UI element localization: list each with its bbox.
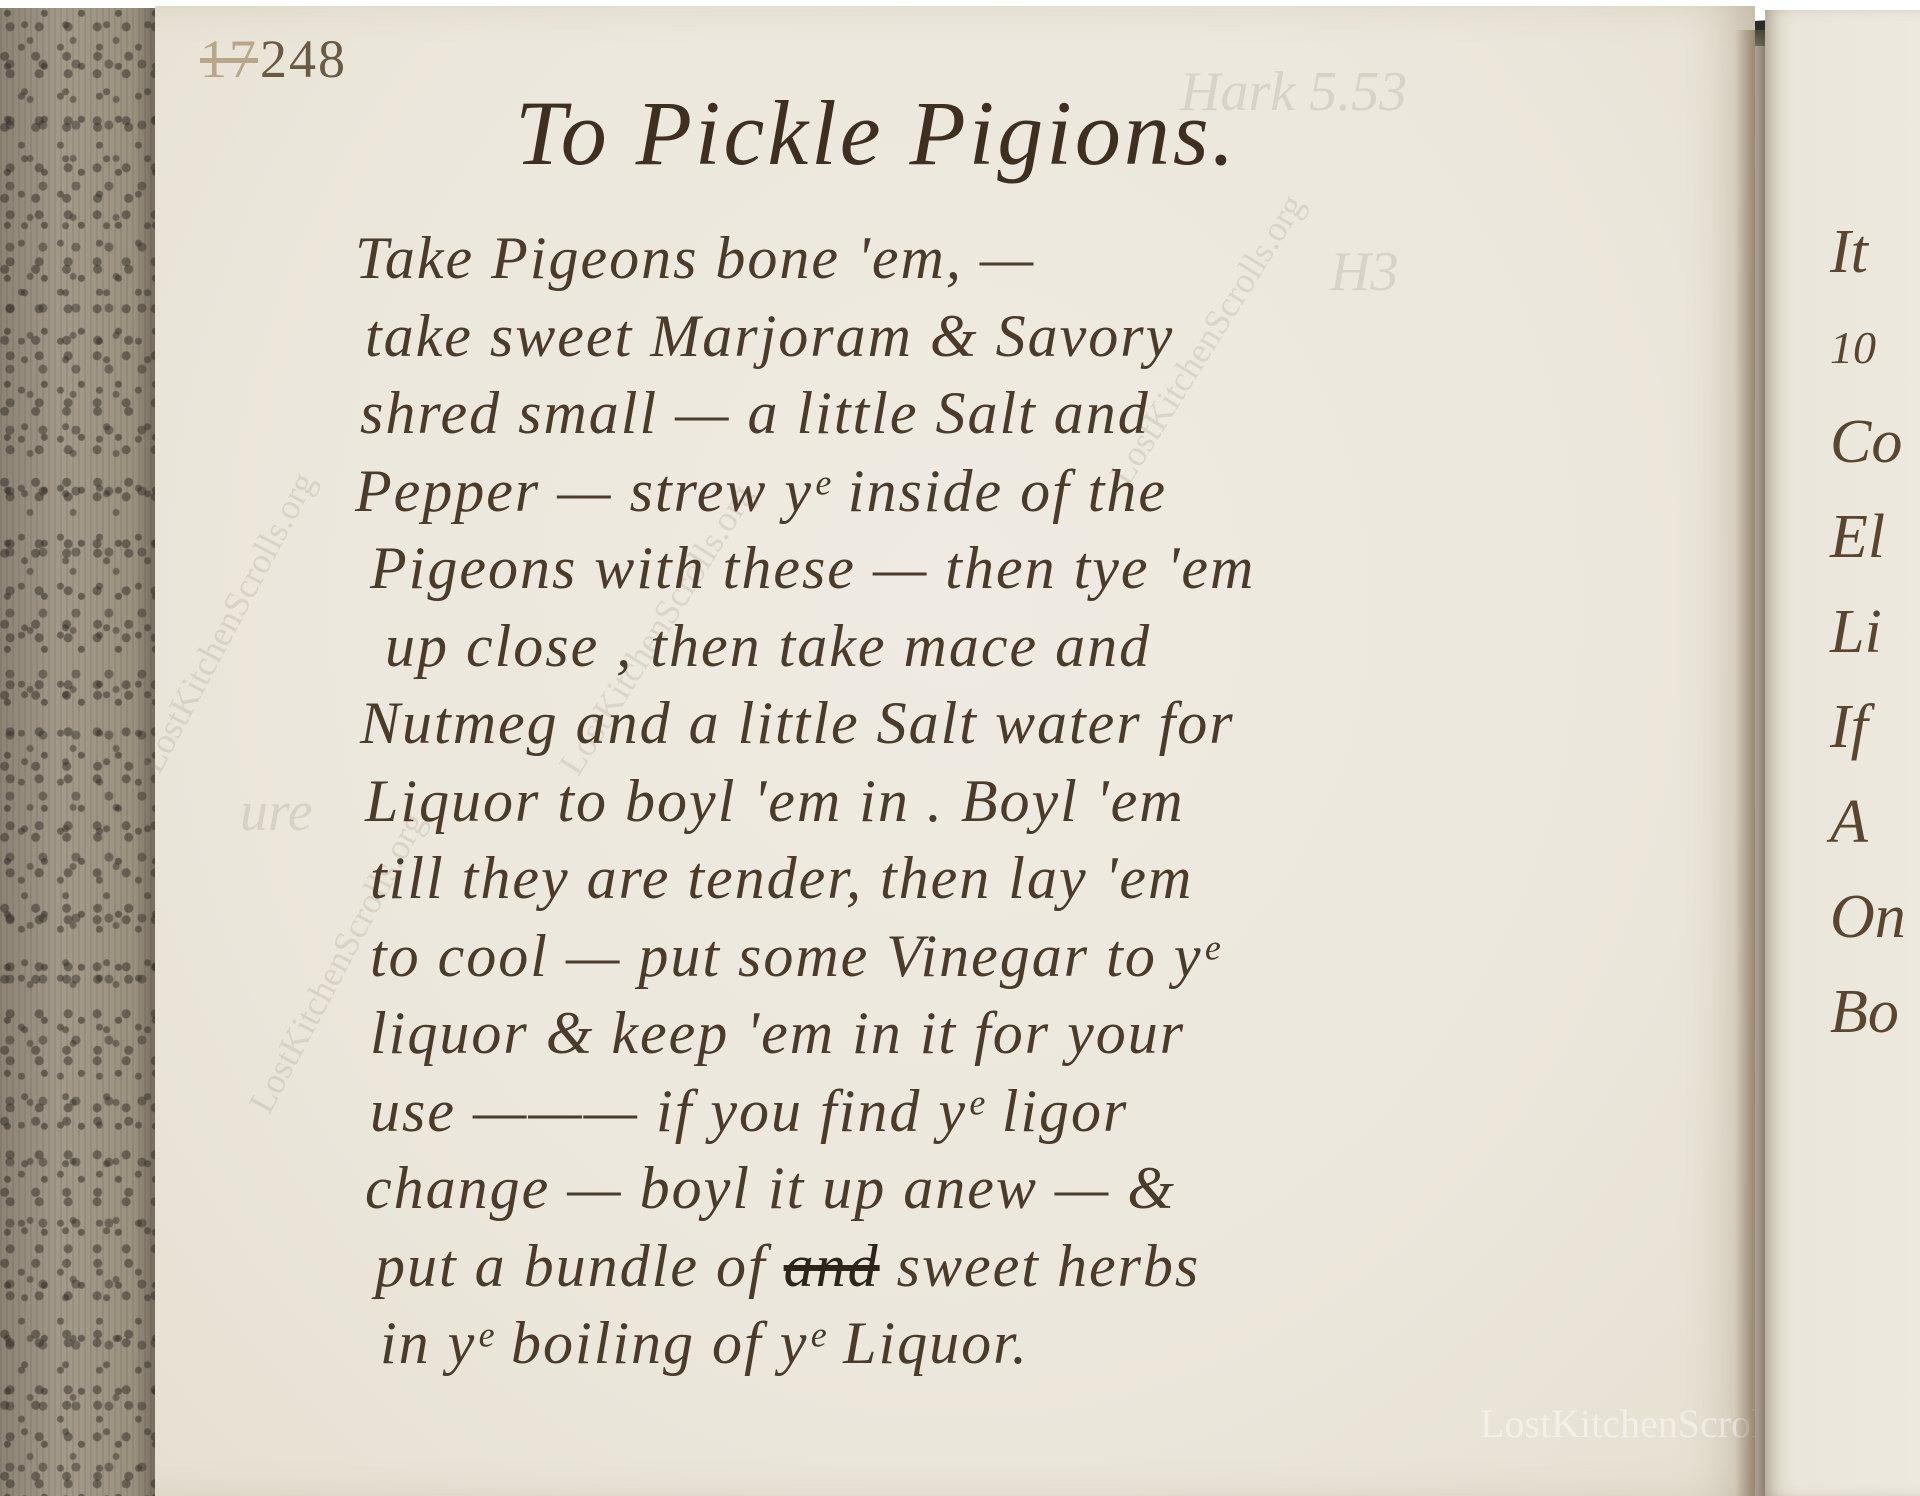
recipe-line-text: sweet herbs <box>897 1233 1201 1299</box>
right-page-fragment: Bo <box>1830 965 1920 1060</box>
recipe-line: Nutmeg and a little Salt water for <box>355 685 1715 763</box>
bleed-through-text: ure <box>240 780 313 844</box>
open-book-scan: Hark 5.53 ure H3 LostKitchenScrolls.org … <box>0 0 1920 1496</box>
recipe-line: put a bundle of and sweet herbs <box>355 1228 1715 1306</box>
right-page-text: It 10 Co El Li If A On Bo <box>1830 205 1920 1060</box>
right-page-fragment: El <box>1830 490 1920 585</box>
recipe-body: Take Pigeons bone 'em, — take sweet Marj… <box>355 220 1715 1383</box>
recipe-line: Liquor to boyl 'em in . Boyl 'em <box>355 763 1715 841</box>
recipe-line: to cool — put some Vinegar to yᵉ <box>355 918 1715 996</box>
recipe-line: use ——— if you find yᵉ ligor <box>355 1073 1715 1151</box>
recipe-line: Pepper — strew yᵉ inside of the <box>355 453 1715 531</box>
struck-word: and <box>784 1233 880 1299</box>
right-page-fragment: 10 <box>1830 300 1920 395</box>
page-number-value: 248 <box>260 29 347 89</box>
recipe-line-text: put a bundle of <box>375 1233 767 1299</box>
recipe-line: up close , then take mace and <box>355 608 1715 686</box>
recipe-line: Pigeons with these — then tye 'em <box>355 530 1715 608</box>
right-page-fragment: A <box>1830 775 1920 870</box>
right-page-fragment: If <box>1830 680 1920 775</box>
recipe-line: in yᵉ boiling of yᵉ Liquor. <box>355 1305 1715 1383</box>
right-page-fragment: Co <box>1830 395 1920 490</box>
recipe-line: till they are tender, then lay 'em <box>355 840 1715 918</box>
recipe-line: change — boyl it up anew — & <box>355 1150 1715 1228</box>
book-gutter <box>1735 30 1765 1496</box>
right-page-fragment: Li <box>1830 585 1920 680</box>
page-number: 17248 <box>200 28 347 90</box>
recipe-line: take sweet Marjoram & Savory <box>355 298 1715 376</box>
struck-page-number: 17 <box>200 29 258 89</box>
recipe-title: To Pickle Pigions. <box>515 80 1238 186</box>
right-page-fragment: On <box>1830 870 1920 965</box>
right-page-fragment: It <box>1830 205 1920 300</box>
recipe-line: shred small — a little Salt and <box>355 375 1715 453</box>
page-edges <box>0 8 158 1496</box>
recipe-line: Take Pigeons bone 'em, — <box>355 220 1715 298</box>
recipe-line: liquor & keep 'em in it for your <box>355 995 1715 1073</box>
